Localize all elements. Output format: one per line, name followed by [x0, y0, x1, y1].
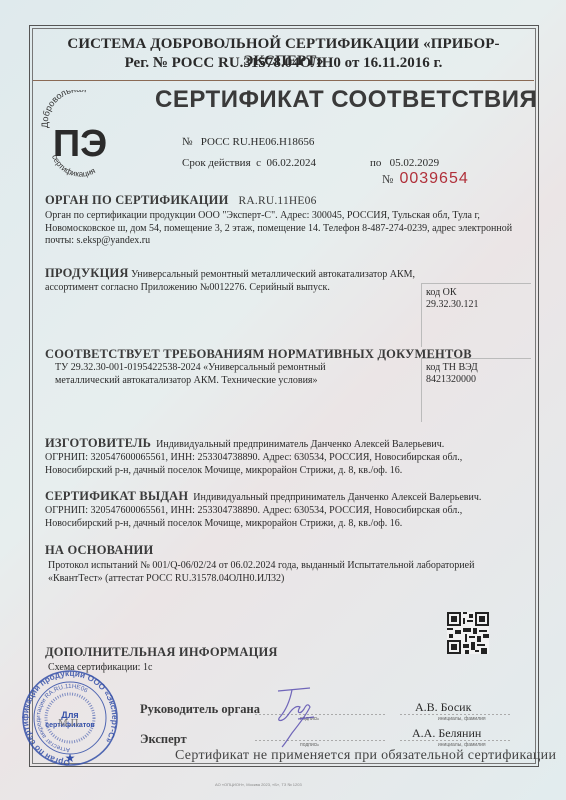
- footer-note: Сертификат не применяется при обязательн…: [175, 748, 556, 764]
- valid-from: 06.02.2024: [267, 157, 317, 169]
- serial-value: 0039654: [399, 170, 468, 187]
- okpd-label: код ОК: [426, 287, 531, 299]
- number-label: №: [182, 136, 193, 148]
- product-code-box: код ОК 29.32.30.121: [421, 283, 531, 347]
- logo-mark: ПЭ: [53, 123, 107, 165]
- manufacturer-section: ИЗГОТОВИТЕЛЬ Индивидуальный предпринимат…: [45, 437, 485, 477]
- handwritten-signature: [270, 685, 320, 750]
- cert-body-heading: ОРГАН ПО СЕРТИФИКАЦИИ RA.RU.11HE06: [45, 193, 317, 208]
- compliance-text: ТУ 29.32.30-001-0195422538-2024 «Универс…: [55, 362, 365, 387]
- cert-body-code: RA.RU.11HE06: [239, 195, 317, 207]
- signature-icon: [270, 685, 320, 750]
- validity-label: Срок действия с: [182, 157, 261, 169]
- svg-text:★: ★: [65, 751, 76, 765]
- tnved-label: код ТН ВЭД: [426, 362, 531, 374]
- issued-to-heading: СЕРТИФИКАТ ВЫДАН: [45, 489, 188, 503]
- number-value: РОСС RU.HE06.H18656: [201, 136, 315, 148]
- tnved-code: 8421320000: [426, 374, 531, 386]
- cert-body-title: ОРГАН ПО СЕРТИФИКАЦИИ: [45, 193, 229, 207]
- basis-heading: НА ОСНОВАНИИ: [45, 543, 153, 558]
- certificate-number: № РОСС RU.HE06.H18656: [182, 136, 314, 148]
- signature-role-expert: Эксперт: [140, 732, 187, 747]
- certificate-title: СЕРТИФИКАТ СООТВЕТСТВИЯ: [155, 86, 537, 114]
- valid-to-label: по: [370, 157, 381, 169]
- issued-to-section: СЕРТИФИКАТ ВЫДАН Индивидуальный предприн…: [45, 490, 485, 530]
- seal-place-mark: М.П.: [58, 717, 81, 729]
- tnved-code-box: код ТН ВЭД 8421320000: [421, 358, 531, 422]
- pe-logo-icon: Добровольная ПЭ сертификация: [40, 90, 120, 180]
- valid-to: 05.02.2029: [390, 157, 440, 169]
- pe-logo: Добровольная ПЭ сертификация: [40, 90, 120, 180]
- system-registration: Рег. № РОСС RU.31578.04ОЛН0 от 16.11.201…: [33, 55, 534, 72]
- additional-heading: ДОПОЛНИТЕЛЬНАЯ ИНФОРМАЦИЯ: [45, 645, 278, 660]
- okpd-code: 29.32.30.121: [426, 299, 531, 311]
- serial-number: №0039654: [382, 170, 469, 188]
- qr-code: [447, 612, 489, 654]
- validity-to: по 05.02.2029: [370, 157, 439, 169]
- compliance-heading: СООТВЕТСТВУЕТ ТРЕБОВАНИЯМ НОРМАТИВНЫХ ДО…: [45, 347, 472, 362]
- serial-label: №: [382, 172, 393, 186]
- product-section: ПРОДУКЦИЯ Универсальный ремонтный металл…: [45, 267, 425, 294]
- signature-role-head: Руководитель органа: [140, 702, 260, 717]
- name-line-head: [400, 714, 510, 715]
- basis-text: Протокол испытаний № 001/Q-06/02/24 от 0…: [48, 560, 508, 585]
- name-line-expert: [400, 740, 510, 741]
- validity-from: Срок действия с 06.02.2024: [182, 157, 316, 169]
- product-heading: ПРОДУКЦИЯ: [45, 266, 129, 280]
- signatory-name-head: А.В. Босик: [415, 700, 471, 715]
- name-caption-head: инициалы, фамилия: [438, 716, 486, 722]
- header-divider: [33, 80, 534, 81]
- printer-imprint: АО «ОПЦИОН», Москва 2023, «Б», ТЗ № 1203: [215, 782, 302, 787]
- qr-code-icon: [447, 612, 489, 654]
- cert-body-text: Орган по сертификации продукции ООО "Экс…: [45, 210, 525, 248]
- signatory-name-expert: А.А. Белянин: [412, 726, 481, 741]
- manufacturer-heading: ИЗГОТОВИТЕЛЬ: [45, 436, 151, 450]
